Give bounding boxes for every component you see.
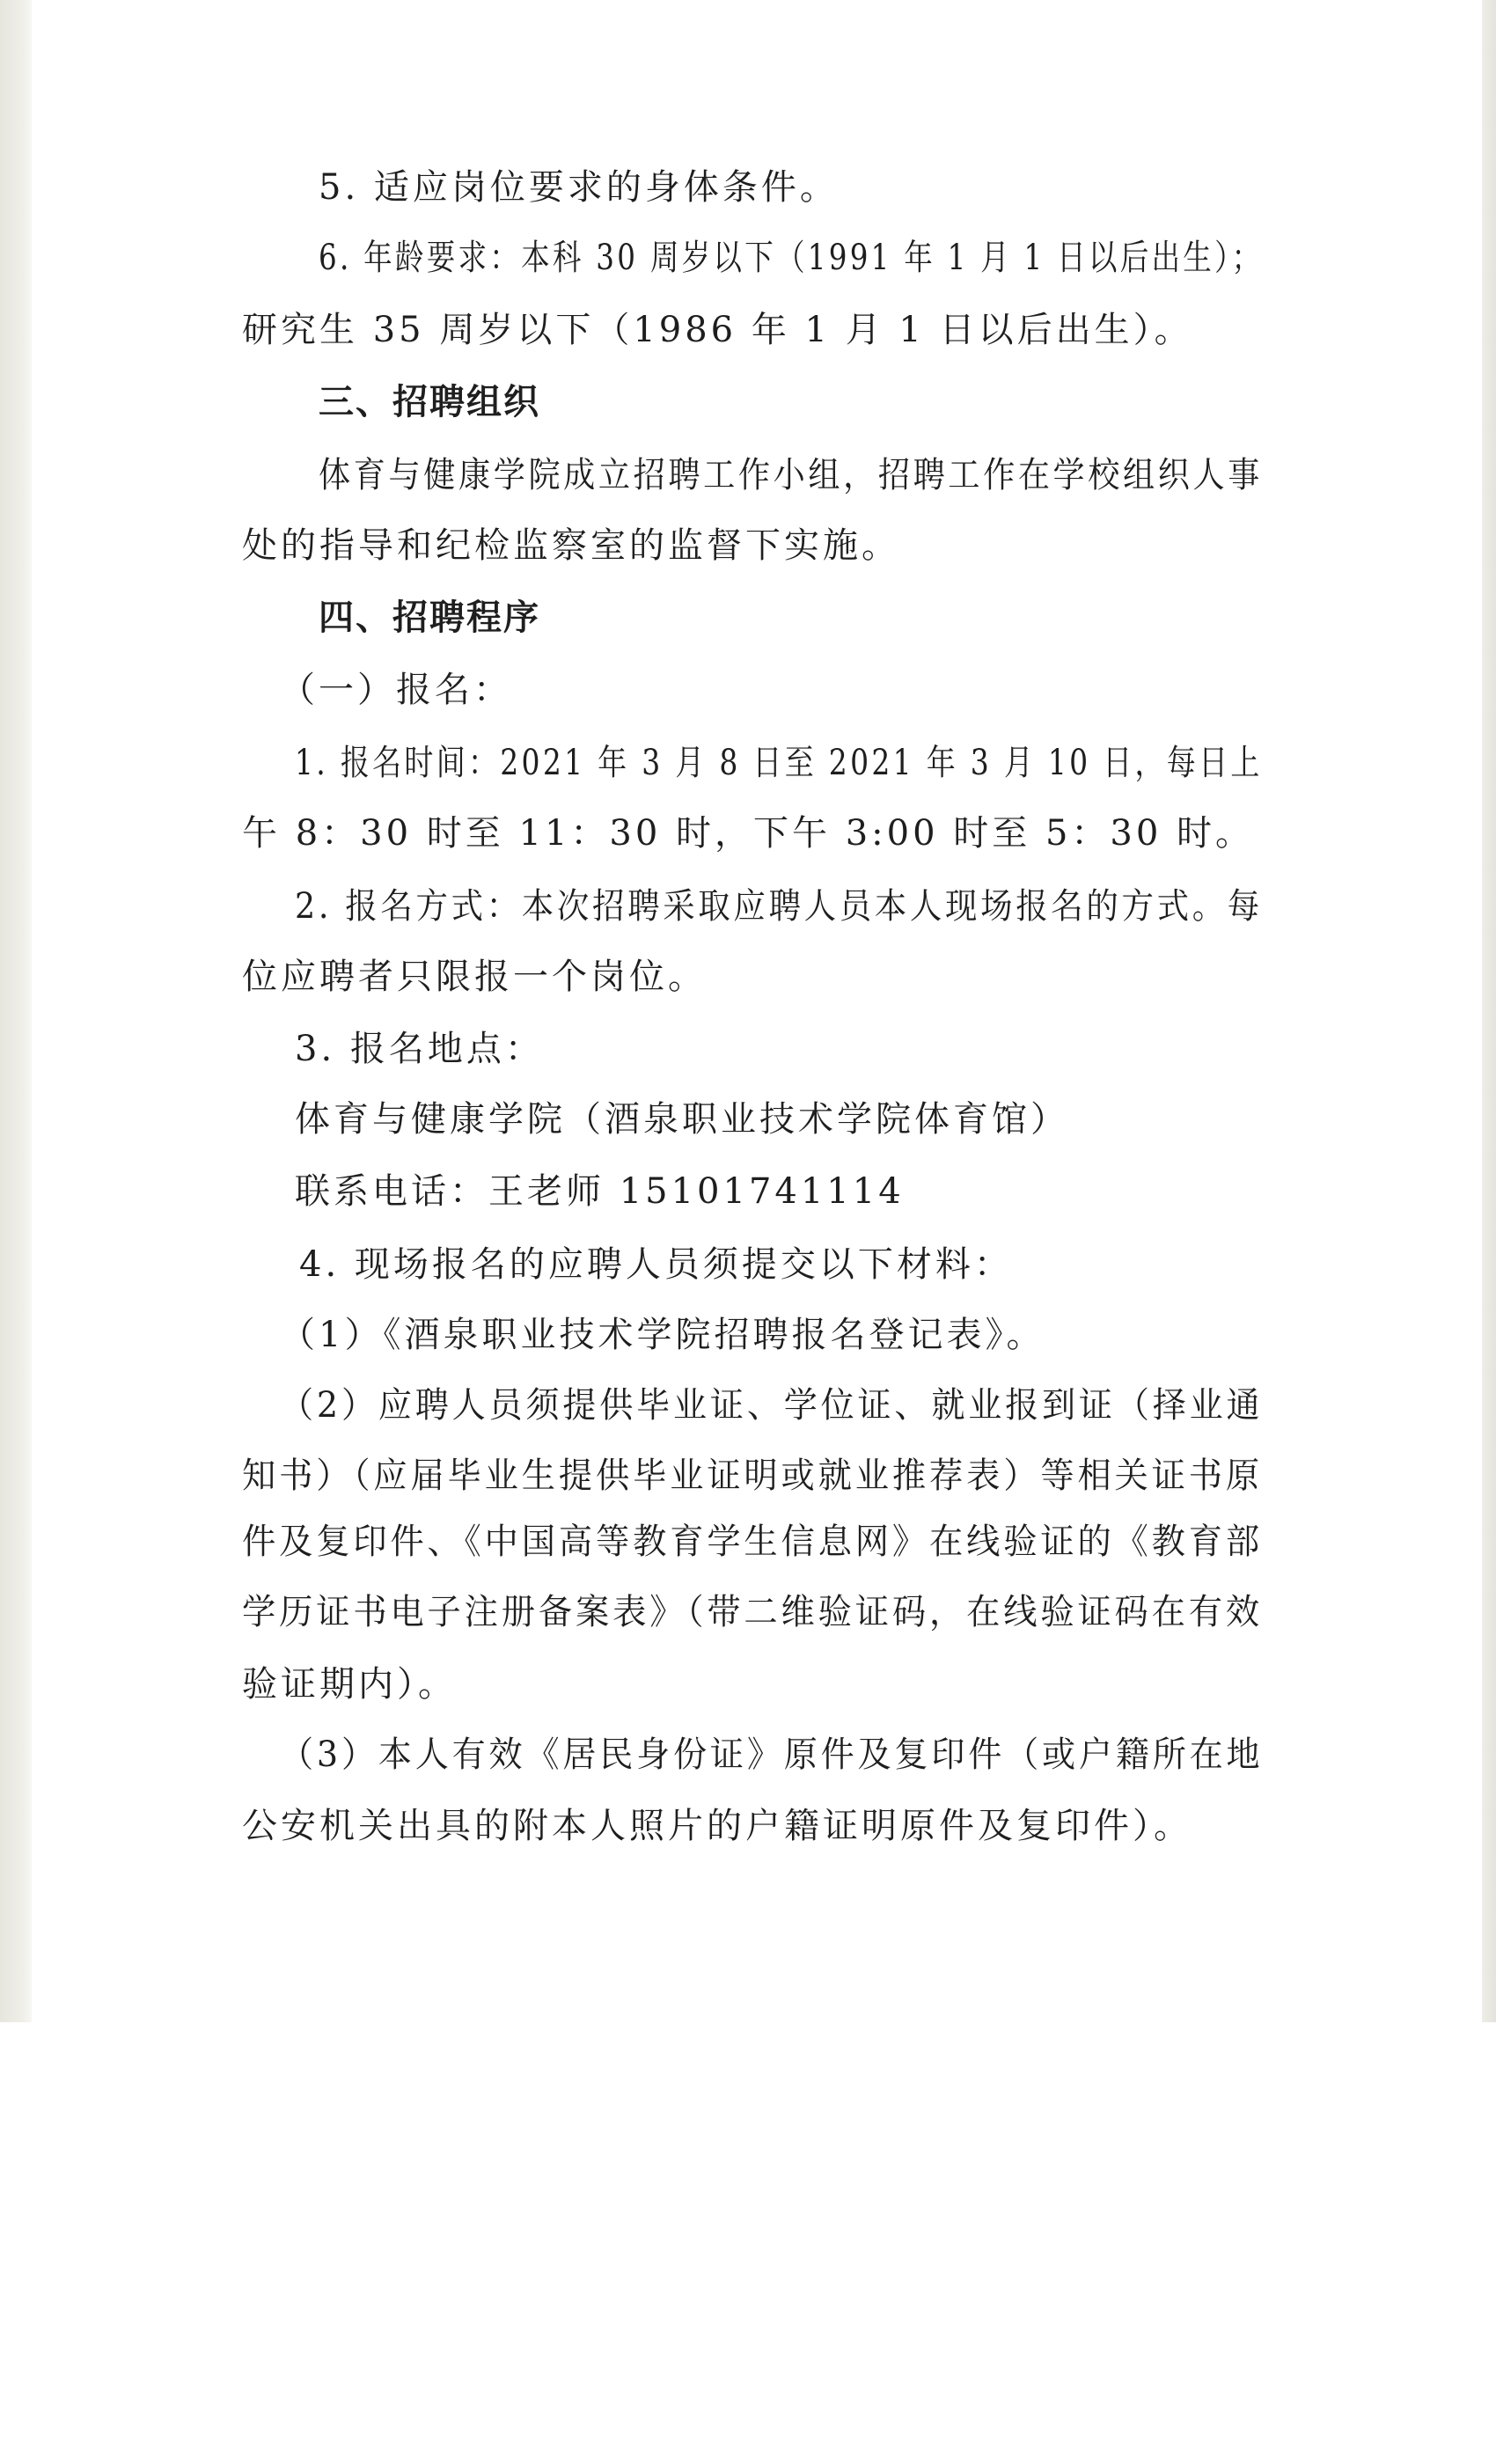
registration-method-cont: 位应聘者只限报一个岗位。 [242, 957, 707, 997]
registration-method: 2. 报名方式：本次招聘采取应聘人员本人现场报名的方式。每 [295, 886, 1263, 927]
organization-paragraph: 体育与健康学院成立招聘工作小组，招聘工作在学校组织人事 [319, 455, 1263, 495]
materials-required-intro: 4. 现场报名的应聘人员须提交以下材料： [299, 1244, 1013, 1285]
requirement-6-age: 6. 年龄要求：本科 30 周岁以下（1991 年 1 月 1 日以后出生）； [319, 238, 1263, 278]
material-2-certificates-cont-3: 学历证书电子注册备案表》（带二维验证码，在线验证码在有效 [242, 1592, 1263, 1632]
scan-edge-left [0, 0, 32, 2022]
organization-paragraph-cont: 处的指导和纪检监察室的监督下实施。 [242, 525, 900, 566]
material-3-id-card: （3）本人有效《居民身份证》原件及复印件（或户籍所在地 [280, 1734, 1263, 1775]
registration-location: 体育与健康学院（酒泉职业技术学院体育馆） [295, 1099, 1069, 1140]
section-heading-recruitment-procedure: 四、招聘程序 [319, 598, 540, 638]
contact-phone: 联系电话：王老师 15101741114 [295, 1171, 905, 1212]
requirement-5-physical: 5. 适应岗位要求的身体条件。 [319, 167, 839, 208]
subsection-registration: （一）报名： [280, 670, 512, 710]
material-2-certificates: （2）应聘人员须提供毕业证、学位证、就业报到证（择业通 [280, 1385, 1263, 1426]
registration-time: 1. 报名时间：2021 年 3 月 8 日至 2021 年 3 月 10 日，… [295, 743, 1263, 783]
registration-time-cont: 午 8：30 时至 11：30 时，下午 3:00 时至 5：30 时。 [242, 813, 1254, 854]
registration-location-label: 3. 报名地点： [295, 1029, 544, 1069]
material-2-certificates-cont-1: 知书）（应届毕业生提供毕业证明或就业推荐表）等相关证书原 [242, 1456, 1263, 1496]
material-1-registration-form: （1）《酒泉职业技术学院招聘报名登记表》。 [280, 1315, 1045, 1355]
requirement-6-age-cont: 研究生 35 周岁以下（1986 年 1 月 1 日以后出生）。 [242, 310, 1193, 350]
material-2-certificates-cont-2: 件及复印件、《中国高等教育学生信息网》在线验证的《教育部 [242, 1522, 1263, 1562]
material-2-certificates-cont-4: 验证期内）。 [242, 1664, 457, 1705]
section-heading-recruitment-organization: 三、招聘组织 [319, 382, 540, 422]
material-3-id-card-cont: 公安机关出具的附本人照片的户籍证明原件及复印件）。 [242, 1806, 1192, 1846]
scan-edge-right [1482, 0, 1496, 2022]
document-page [32, 0, 1482, 2022]
